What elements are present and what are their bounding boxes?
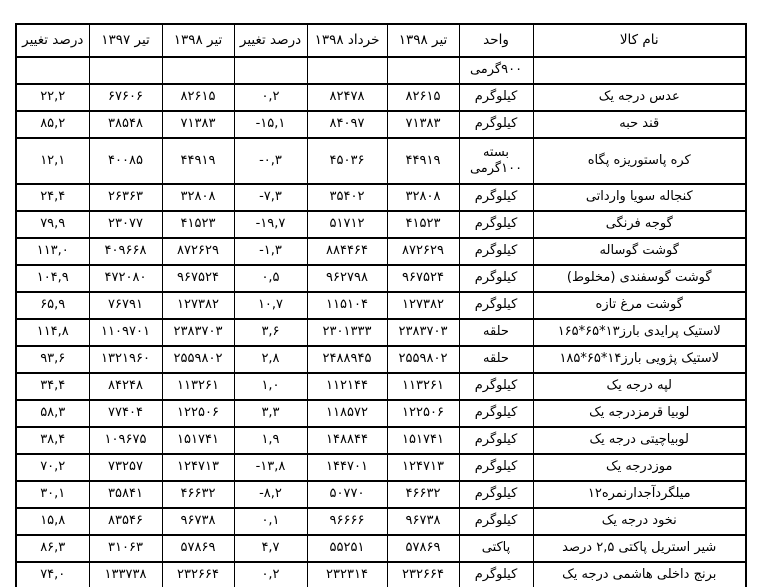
cell-tir97: ۱۱۰۹۷۰۱: [89, 319, 162, 346]
cell-pct_month: ۰,۲: [234, 562, 307, 587]
cell-unit: حلقه: [459, 346, 533, 373]
cell-tir98a: ۳۲۸۰۸: [387, 184, 459, 211]
cell-khordad98: [307, 57, 387, 84]
table-row: گوجه فرنگیکیلوگرم۴۱۵۲۳۵۱۷۱۲-۱۹,۷۴۱۵۲۳۲۳۰…: [16, 211, 746, 238]
cell-pct_month: ۳,۳: [234, 400, 307, 427]
cell-name: عدس درجه یک: [533, 84, 746, 111]
cell-khordad98: ۲۳۰۱۳۳۳: [307, 319, 387, 346]
price-table: نام کالاواحدتیر ۱۳۹۸خرداد ۱۳۹۸درصد تغییر…: [15, 23, 747, 587]
column-header-tir98a: تیر ۱۳۹۸: [387, 24, 459, 57]
cell-tir98b: ۸۲۶۱۵: [162, 84, 234, 111]
cell-pct_year: ۶۵,۹: [16, 292, 89, 319]
cell-tir97: ۷۳۲۵۷: [89, 454, 162, 481]
cell-unit: کیلوگرم: [459, 400, 533, 427]
cell-tir97: ۴۰۹۶۶۸: [89, 238, 162, 265]
table-row: نخود درجه یککیلوگرم۹۶۷۳۸۹۶۶۶۶۰,۱۹۶۷۳۸۸۳۵…: [16, 508, 746, 535]
cell-unit: کیلوگرم: [459, 292, 533, 319]
cell-unit: کیلوگرم: [459, 562, 533, 587]
cell-name: میلگردآجدارنمره۱۲: [533, 481, 746, 508]
cell-tir97: ۷۶۷۹۱: [89, 292, 162, 319]
column-header-khordad98: خرداد ۱۳۹۸: [307, 24, 387, 57]
table-row: گوشت مرغ تازهکیلوگرم۱۲۷۳۸۲۱۱۵۱۰۴۱۰,۷۱۲۷۳…: [16, 292, 746, 319]
table-head: نام کالاواحدتیر ۱۳۹۸خرداد ۱۳۹۸درصد تغییر…: [16, 24, 746, 57]
cell-unit: کیلوگرم: [459, 238, 533, 265]
cell-pct_year: ۹۳,۶: [16, 346, 89, 373]
cell-pct_month: ۲,۸: [234, 346, 307, 373]
cell-khordad98: ۵۰۷۷۰: [307, 481, 387, 508]
table-row: لوبیاچیتی درجه یککیلوگرم۱۵۱۷۴۱۱۴۸۸۴۴۱,۹۱…: [16, 427, 746, 454]
cell-khordad98: ۸۸۴۴۶۴: [307, 238, 387, 265]
column-header-pct_month: درصد تغییر: [234, 24, 307, 57]
cell-tir97: ۳۸۵۴۸: [89, 111, 162, 138]
table-body: ۹۰۰گرمیعدس درجه یککیلوگرم۸۲۶۱۵۸۲۴۷۸۰,۲۸۲…: [16, 57, 746, 587]
table-row: میلگردآجدارنمره۱۲کیلوگرم۴۶۶۳۲۵۰۷۷۰-۸,۲۴۶…: [16, 481, 746, 508]
cell-khordad98: ۸۴۰۹۷: [307, 111, 387, 138]
cell-tir97: ۳۵۸۴۱: [89, 481, 162, 508]
cell-khordad98: ۹۶۶۶۶: [307, 508, 387, 535]
cell-khordad98: ۵۱۷۱۲: [307, 211, 387, 238]
cell-tir97: ۲۳۰۷۷: [89, 211, 162, 238]
cell-tir98a: ۸۷۲۶۲۹: [387, 238, 459, 265]
cell-tir97: [89, 57, 162, 84]
cell-pct_year: ۳۸,۴: [16, 427, 89, 454]
cell-tir97: ۸۴۲۴۸: [89, 373, 162, 400]
cell-unit: کیلوگرم: [459, 427, 533, 454]
cell-tir98a: ۱۲۴۷۱۳: [387, 454, 459, 481]
cell-tir98a: ۴۶۶۳۲: [387, 481, 459, 508]
cell-pct_year: ۷۰,۲: [16, 454, 89, 481]
cell-pct_year: ۸۶,۳: [16, 535, 89, 562]
cell-unit: کیلوگرم: [459, 508, 533, 535]
cell-pct_month: -۱۳,۸: [234, 454, 307, 481]
cell-khordad98: ۹۶۲۷۹۸: [307, 265, 387, 292]
cell-khordad98: ۱۱۲۱۴۴: [307, 373, 387, 400]
table-row: برنج داخلی هاشمی درجه یککیلوگرم۲۳۲۶۶۴۲۳۲…: [16, 562, 746, 587]
cell-name: [533, 57, 746, 84]
cell-unit: کیلوگرم: [459, 265, 533, 292]
cell-tir98a: ۷۱۳۸۳: [387, 111, 459, 138]
cell-name: برنج داخلی هاشمی درجه یک: [533, 562, 746, 587]
cell-tir98b: ۲۵۵۹۸۰۲: [162, 346, 234, 373]
cell-pct_month: ۰,۵: [234, 265, 307, 292]
cell-khordad98: ۱۴۸۸۴۴: [307, 427, 387, 454]
cell-pct_year: ۳۴,۴: [16, 373, 89, 400]
cell-name: گوجه فرنگی: [533, 211, 746, 238]
cell-unit: پاکتی: [459, 535, 533, 562]
cell-pct_month: -۱۹,۷: [234, 211, 307, 238]
cell-tir98b: ۲۳۸۳۷۰۳: [162, 319, 234, 346]
cell-tir98b: ۱۲۲۵۰۶: [162, 400, 234, 427]
cell-unit: کیلوگرم: [459, 184, 533, 211]
cell-tir97: ۳۱۰۶۳: [89, 535, 162, 562]
cell-tir98b: [162, 57, 234, 84]
cell-pct_year: [16, 57, 89, 84]
table-row: عدس درجه یککیلوگرم۸۲۶۱۵۸۲۴۷۸۰,۲۸۲۶۱۵۶۷۶۰…: [16, 84, 746, 111]
cell-pct_month: ۳,۶: [234, 319, 307, 346]
table-row: کره پاستوریزه پگاهبسته ۱۰۰گرمی۴۴۹۱۹۴۵۰۳۶…: [16, 138, 746, 184]
cell-name: نخود درجه یک: [533, 508, 746, 535]
cell-tir98a: ۲۳۸۳۷۰۳: [387, 319, 459, 346]
cell-pct_month: -۰,۳: [234, 138, 307, 184]
column-header-pct_year: درصد تغییر: [16, 24, 89, 57]
cell-unit: کیلوگرم: [459, 481, 533, 508]
cell-tir98b: ۱۲۴۷۱۳: [162, 454, 234, 481]
cell-pct_year: ۱۲,۱: [16, 138, 89, 184]
cell-pct_month: -۷,۳: [234, 184, 307, 211]
cell-tir98a: [387, 57, 459, 84]
cell-pct_year: ۵۸,۳: [16, 400, 89, 427]
cell-unit: کیلوگرم: [459, 211, 533, 238]
table-row: موزدرجه یککیلوگرم۱۲۴۷۱۳۱۴۴۷۰۱-۱۳,۸۱۲۴۷۱۳…: [16, 454, 746, 481]
cell-khordad98: ۸۲۴۷۸: [307, 84, 387, 111]
cell-pct_year: ۱۱۳,۰: [16, 238, 89, 265]
cell-tir98b: ۹۶۷۳۸: [162, 508, 234, 535]
cell-unit: کیلوگرم: [459, 111, 533, 138]
cell-khordad98: ۴۵۰۳۶: [307, 138, 387, 184]
table-row: لوبیا قرمزدرجه یککیلوگرم۱۲۲۵۰۶۱۱۸۵۷۲۳,۳۱…: [16, 400, 746, 427]
cell-unit: بسته ۱۰۰گرمی: [459, 138, 533, 184]
cell-pct_month: ۱,۰: [234, 373, 307, 400]
cell-tir98b: ۵۷۸۶۹: [162, 535, 234, 562]
cell-pct_month: [234, 57, 307, 84]
cell-pct_year: ۸۵,۲: [16, 111, 89, 138]
cell-tir98b: ۱۱۳۲۶۱: [162, 373, 234, 400]
cell-tir98a: ۲۵۵۹۸۰۲: [387, 346, 459, 373]
cell-tir98a: ۵۷۸۶۹: [387, 535, 459, 562]
column-header-unit: واحد: [459, 24, 533, 57]
cell-name: گوشت گوساله: [533, 238, 746, 265]
cell-name: گوشت گوسفندی (مخلوط): [533, 265, 746, 292]
cell-tir97: ۷۷۴۰۴: [89, 400, 162, 427]
table-row: گوشت گوسالهکیلوگرم۸۷۲۶۲۹۸۸۴۴۶۴-۱,۳۸۷۲۶۲۹…: [16, 238, 746, 265]
cell-pct_year: ۲۲,۲: [16, 84, 89, 111]
table-row: لاستیک پرایدی بارز۱۳*۶۵*۱۶۵حلقه۲۳۸۳۷۰۳۲۳…: [16, 319, 746, 346]
cell-pct_year: ۷۴,۰: [16, 562, 89, 587]
cell-name: لوبیا قرمزدرجه یک: [533, 400, 746, 427]
table-row: قند حبهکیلوگرم۷۱۳۸۳۸۴۰۹۷-۱۵,۱۷۱۳۸۳۳۸۵۴۸۸…: [16, 111, 746, 138]
cell-tir98b: ۴۴۹۱۹: [162, 138, 234, 184]
cell-khordad98: ۲۳۲۳۱۴: [307, 562, 387, 587]
cell-khordad98: ۳۵۴۰۲: [307, 184, 387, 211]
cell-tir98b: ۱۲۷۳۸۲: [162, 292, 234, 319]
cell-tir98b: ۴۶۶۳۲: [162, 481, 234, 508]
cell-tir97: ۴۷۲۰۸۰: [89, 265, 162, 292]
cell-pct_month: -۸,۲: [234, 481, 307, 508]
table-row: لاستیک پژویی بارز۱۴*۶۵*۱۸۵حلقه۲۵۵۹۸۰۲۲۴۸…: [16, 346, 746, 373]
cell-name: کره پاستوریزه پگاه: [533, 138, 746, 184]
cell-unit: کیلوگرم: [459, 373, 533, 400]
cell-tir98a: ۱۵۱۷۴۱: [387, 427, 459, 454]
column-header-name: نام کالا: [533, 24, 746, 57]
cell-tir97: ۴۰۰۸۵: [89, 138, 162, 184]
cell-tir98a: ۱۲۷۳۸۲: [387, 292, 459, 319]
cell-khordad98: ۱۱۵۱۰۴: [307, 292, 387, 319]
cell-pct_year: ۲۴,۴: [16, 184, 89, 211]
cell-pct_year: ۱۵,۸: [16, 508, 89, 535]
cell-tir98b: ۳۲۸۰۸: [162, 184, 234, 211]
table-row: ۹۰۰گرمی: [16, 57, 746, 84]
cell-name: لپه درجه یک: [533, 373, 746, 400]
column-header-tir98b: تیر ۱۳۹۸: [162, 24, 234, 57]
cell-unit: ۹۰۰گرمی: [459, 57, 533, 84]
cell-pct_month: ۱۰,۷: [234, 292, 307, 319]
cell-tir97: ۸۳۵۴۶: [89, 508, 162, 535]
cell-pct_year: ۱۱۴,۸: [16, 319, 89, 346]
cell-khordad98: ۲۴۸۸۹۴۵: [307, 346, 387, 373]
cell-khordad98: ۱۱۸۵۷۲: [307, 400, 387, 427]
cell-pct_month: -۱,۳: [234, 238, 307, 265]
cell-pct_month: -۱۵,۱: [234, 111, 307, 138]
document-page: نام کالاواحدتیر ۱۳۹۸خرداد ۱۳۹۸درصد تغییر…: [0, 0, 758, 587]
cell-unit: کیلوگرم: [459, 454, 533, 481]
cell-tir97: ۲۶۳۶۳: [89, 184, 162, 211]
cell-name: کنجاله سویا وارداتی: [533, 184, 746, 211]
cell-name: لاستیک پژویی بارز۱۴*۶۵*۱۸۵: [533, 346, 746, 373]
cell-tir98a: ۸۲۶۱۵: [387, 84, 459, 111]
cell-name: گوشت مرغ تازه: [533, 292, 746, 319]
cell-khordad98: ۱۴۴۷۰۱: [307, 454, 387, 481]
cell-tir98b: ۹۶۷۵۲۴: [162, 265, 234, 292]
cell-pct_month: ۱,۹: [234, 427, 307, 454]
cell-tir98b: ۴۱۵۲۳: [162, 211, 234, 238]
header-row: نام کالاواحدتیر ۱۳۹۸خرداد ۱۳۹۸درصد تغییر…: [16, 24, 746, 57]
cell-tir98b: ۸۷۲۶۲۹: [162, 238, 234, 265]
cell-tir98a: ۴۱۵۲۳: [387, 211, 459, 238]
cell-unit: حلقه: [459, 319, 533, 346]
cell-tir98a: ۱۱۳۲۶۱: [387, 373, 459, 400]
cell-pct_year: ۱۰۴,۹: [16, 265, 89, 292]
cell-name: قند حبه: [533, 111, 746, 138]
cell-tir98a: ۹۶۷۵۲۴: [387, 265, 459, 292]
cell-tir98a: ۲۳۲۶۶۴: [387, 562, 459, 587]
cell-pct_year: ۷۹,۹: [16, 211, 89, 238]
cell-tir98a: ۱۲۲۵۰۶: [387, 400, 459, 427]
table-row: کنجاله سویا وارداتیکیلوگرم۳۲۸۰۸۳۵۴۰۲-۷,۳…: [16, 184, 746, 211]
cell-tir97: ۶۷۶۰۶: [89, 84, 162, 111]
cell-tir98b: ۱۵۱۷۴۱: [162, 427, 234, 454]
cell-khordad98: ۵۵۲۵۱: [307, 535, 387, 562]
cell-name: لوبیاچیتی درجه یک: [533, 427, 746, 454]
cell-name: لاستیک پرایدی بارز۱۳*۶۵*۱۶۵: [533, 319, 746, 346]
cell-pct_month: ۴,۷: [234, 535, 307, 562]
cell-name: موزدرجه یک: [533, 454, 746, 481]
cell-pct_month: ۰,۲: [234, 84, 307, 111]
cell-tir98a: ۹۶۷۳۸: [387, 508, 459, 535]
cell-unit: کیلوگرم: [459, 84, 533, 111]
cell-tir98b: ۷۱۳۸۳: [162, 111, 234, 138]
cell-tir97: ۱۳۲۱۹۶۰: [89, 346, 162, 373]
table-row: شیر استریل پاکتی ۲,۵ درصدپاکتی۵۷۸۶۹۵۵۲۵۱…: [16, 535, 746, 562]
cell-name: شیر استریل پاکتی ۲,۵ درصد: [533, 535, 746, 562]
cell-tir97: ۱۳۳۷۳۸: [89, 562, 162, 587]
cell-tir98b: ۲۳۲۶۶۴: [162, 562, 234, 587]
cell-tir97: ۱۰۹۶۷۵: [89, 427, 162, 454]
column-header-tir97: تیر ۱۳۹۷: [89, 24, 162, 57]
cell-pct_month: ۰,۱: [234, 508, 307, 535]
cell-pct_year: ۳۰,۱: [16, 481, 89, 508]
table-row: گوشت گوسفندی (مخلوط)کیلوگرم۹۶۷۵۲۴۹۶۲۷۹۸۰…: [16, 265, 746, 292]
table-row: لپه درجه یککیلوگرم۱۱۳۲۶۱۱۱۲۱۴۴۱,۰۱۱۳۲۶۱۸…: [16, 373, 746, 400]
cell-tir98a: ۴۴۹۱۹: [387, 138, 459, 184]
